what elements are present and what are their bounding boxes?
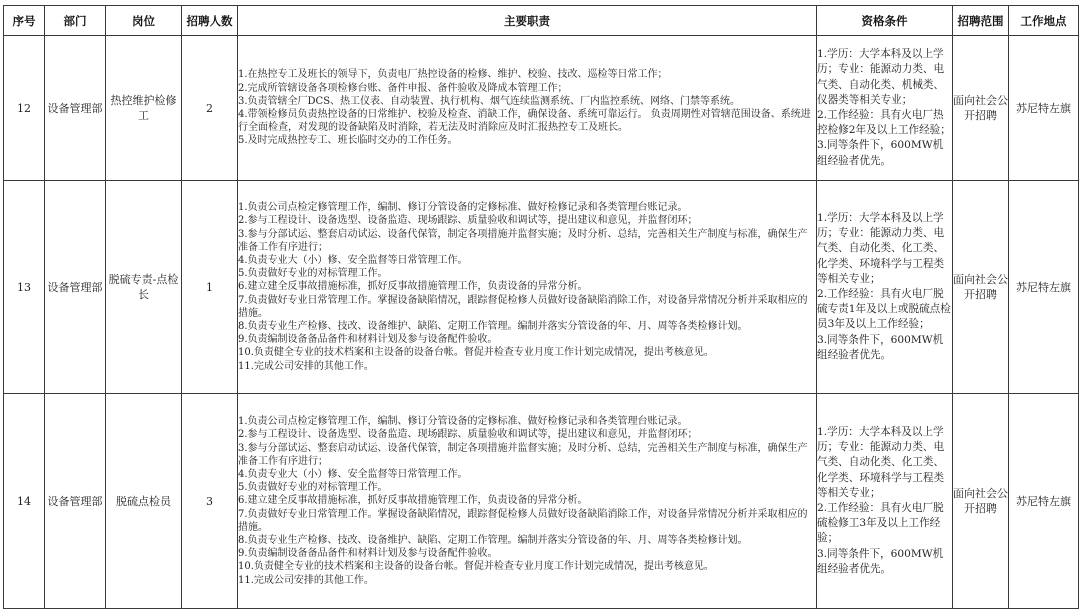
table-row: 13 设备管理部 脱硫专责-点检长 1 1.负责公司点检定修管理工作，编制、修订…: [4, 181, 1079, 394]
duty-item: 5.负责做好专业的对标管理工作。: [238, 267, 816, 280]
duty-item: 6.建立建全反事故措施标准，抓好反事故措施管理工作，负责设备的异常分析。: [238, 494, 816, 507]
cell-qualifications: 1.学历：大学本科及以上学历；专业：能源动力类、电气类、自动化类、化工类、化学类…: [817, 181, 953, 394]
duty-item: 11.完成公司安排的其他工作。: [238, 574, 816, 587]
qualification-item: 3.同等条件下，600MW机组经验者优先。: [817, 547, 952, 577]
duty-item: 1.在热控专工及班长的领导下，负责电厂热控设备的检修、维护、校验、技改、巡检等日…: [238, 68, 816, 81]
cell-headcount: 1: [182, 181, 238, 394]
header-headcount: 招聘人数: [182, 6, 238, 36]
table-row: 14 设备管理部 脱硫点检员 3 1.负责公司点检定修管理工作，编制、修订分管设…: [4, 394, 1079, 609]
duty-item: 3.参与分部试运、整套启动试运、设备代保管，制定各项措施并监督实施；及时分析、总…: [238, 442, 816, 468]
header-duties: 主要职责: [238, 6, 817, 36]
duty-item: 5.负责做好专业的对标管理工作。: [238, 481, 816, 494]
cell-position: 脱硫点检员: [106, 394, 182, 609]
duty-item: 2.完成所管辖设备各项检修台账、备件申报、备件验收及降成本管理工作；: [238, 82, 816, 95]
duty-item: 1.负责公司点检定修管理工作，编制、修订分管设备的定修标准、做好检修记录和各类管…: [238, 201, 816, 214]
cell-location: 苏尼特左旗: [1009, 36, 1079, 181]
header-qualifications: 资格条件: [817, 6, 953, 36]
qualification-item: 1.学历：大学本科及以上学历；专业：能源动力类、电气类、自动化类、化工类、化学类…: [817, 211, 952, 287]
cell-position: 热控维护检修工: [106, 36, 182, 181]
duty-item: 7.负责做好专业日常管理工作。掌握设备缺陷情况，跟踪督促检修人员做好设备缺陷消除…: [238, 508, 816, 534]
duty-item: 3.负责管辖全厂DCS、热工仪表、自动装置、执行机构、烟气连续监测系统、厂内监控…: [238, 95, 816, 108]
qualification-item: 3.同等条件下，600MW机组经验者优先。: [817, 333, 952, 363]
duty-item: 8.负责专业生产检修、技改、设备维护、缺陷、定期工作管理。编制并落实分管设备的年…: [238, 534, 816, 547]
duty-item: 1.负责公司点检定修管理工作，编制、修订分管设备的定修标准、做好检修记录和各类管…: [238, 415, 816, 428]
duty-item: 4.带领检修员负责热控设备的日常维护、校验及检查、消缺工作，确保设备、系统可靠运…: [238, 108, 816, 134]
cell-no: 14: [4, 394, 45, 609]
duty-item: 5.及时完成热控专工、班长临时交办的工作任务。: [238, 134, 816, 147]
cell-headcount: 3: [182, 394, 238, 609]
qualification-item: 1.学历：大学本科及以上学历；专业：能源动力类、电气类、自动化类、机械类、仪器类…: [817, 47, 952, 108]
qualification-item: 2.工作经验：具有火电厂热控检修2年及以上工作经验；: [817, 108, 952, 138]
duty-item: 10.负责健全专业的技术档案和主设备的设备台帐。督促并检查专业月度工作计划完成情…: [238, 346, 816, 359]
cell-scope: 面向社会公开招聘: [953, 36, 1009, 181]
cell-department: 设备管理部: [45, 181, 106, 394]
duty-item: 7.负责做好专业日常管理工作。掌握设备缺陷情况，跟踪督促检修人员做好设备缺陷消除…: [238, 294, 816, 320]
qualification-item: 2.工作经验：具有火电厂脱硫检修工3年及以上工作经验；: [817, 501, 952, 547]
cell-position: 脱硫专责-点检长: [106, 181, 182, 394]
duty-item: 4.负责专业大（小）修、安全监督等日常管理工作。: [238, 254, 816, 267]
duty-item: 11.完成公司安排的其他工作。: [238, 360, 816, 373]
cell-department: 设备管理部: [45, 394, 106, 609]
duty-item: 3.参与分部试运、整套启动试运、设备代保管，制定各项措施并监督实施；及时分析、总…: [238, 228, 816, 254]
cell-location: 苏尼特左旗: [1009, 394, 1079, 609]
header-location: 工作地点: [1009, 6, 1079, 36]
cell-duties: 1.负责公司点检定修管理工作，编制、修订分管设备的定修标准、做好检修记录和各类管…: [238, 394, 817, 609]
duty-item: 2.参与工程设计、设备选型、设备监造、现场跟踪、质量验收和调试等，提出建议和意见…: [238, 214, 816, 227]
duty-item: 2.参与工程设计、设备选型、设备监造、现场跟踪、质量验收和调试等，提出建议和意见…: [238, 428, 816, 441]
cell-headcount: 2: [182, 36, 238, 181]
cell-qualifications: 1.学历：大学本科及以上学历；专业：能源动力类、电气类、自动化类、化工类、化学类…: [817, 394, 953, 609]
duty-item: 10.负责健全专业的技术档案和主设备的设备台帐。督促并检查专业月度工作计划完成情…: [238, 560, 816, 573]
qualification-item: 2.工作经验：具有火电厂脱硫专责1年及以上或脱硫点检员3年及以上工作经验；: [817, 287, 952, 333]
duty-item: 9.负责编制设备备品备件和材料计划及参与设备配件验收。: [238, 333, 816, 346]
cell-location: 苏尼特左旗: [1009, 181, 1079, 394]
cell-department: 设备管理部: [45, 36, 106, 181]
cell-no: 12: [4, 36, 45, 181]
header-scope: 招聘范围: [953, 6, 1009, 36]
qualification-item: 3.同等条件下，600MW机组经验者优先。: [817, 138, 952, 168]
header-row: 序号 部门 岗位 招聘人数 主要职责 资格条件 招聘范围 工作地点: [4, 6, 1079, 36]
cell-no: 13: [4, 181, 45, 394]
qualification-item: 1.学历：大学本科及以上学历；专业：能源动力类、电气类、自动化类、化工类、化学类…: [817, 425, 952, 501]
duty-item: 9.负责编制设备备品备件和材料计划及参与设备配件验收。: [238, 547, 816, 560]
cell-duties: 1.负责公司点检定修管理工作，编制、修订分管设备的定修标准、做好检修记录和各类管…: [238, 181, 817, 394]
header-position: 岗位: [106, 6, 182, 36]
duty-item: 8.负责专业生产检修、技改、设备维护、缺陷、定期工作管理。编制并落实分管设备的年…: [238, 320, 816, 333]
cell-duties: 1.在热控专工及班长的领导下，负责电厂热控设备的检修、维护、校验、技改、巡检等日…: [238, 36, 817, 181]
cell-scope: 面向社会公开招聘: [953, 181, 1009, 394]
header-department: 部门: [45, 6, 106, 36]
cell-scope: 面向社会公开招聘: [953, 394, 1009, 609]
cell-qualifications: 1.学历：大学本科及以上学历；专业：能源动力类、电气类、自动化类、机械类、仪器类…: [817, 36, 953, 181]
table-row: 12 设备管理部 热控维护检修工 2 1.在热控专工及班长的领导下，负责电厂热控…: [4, 36, 1079, 181]
header-no: 序号: [4, 6, 45, 36]
recruitment-table: 序号 部门 岗位 招聘人数 主要职责 资格条件 招聘范围 工作地点 12 设备管…: [3, 5, 1079, 609]
duty-item: 6.建立建全反事故措施标准，抓好反事故措施管理工作，负责设备的异常分析。: [238, 280, 816, 293]
duty-item: 4.负责专业大（小）修、安全监督等日常管理工作。: [238, 468, 816, 481]
